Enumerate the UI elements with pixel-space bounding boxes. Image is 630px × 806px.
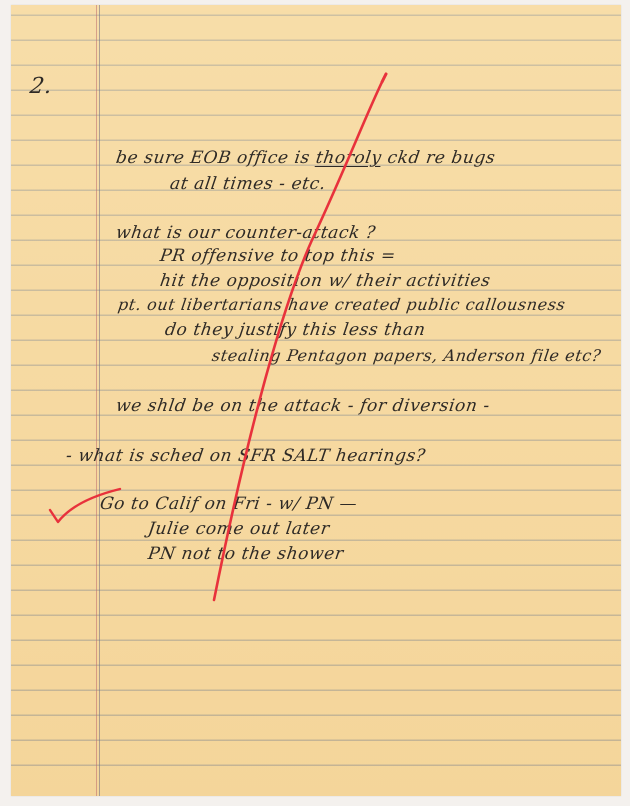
- note-line-9: we shld be on the attack - for diversion…: [115, 398, 491, 415]
- note-line-4: PR offensive to top this =: [159, 248, 397, 265]
- note-line-3: what is our counter-attack ?: [115, 225, 377, 242]
- underlined-word: thoroly: [315, 148, 383, 168]
- page-number: 2.: [28, 76, 53, 98]
- note-line-10: - what is sched on SFR SALT hearings?: [65, 448, 427, 465]
- note-line-7: do they justify this less than: [164, 322, 427, 339]
- note-line-5: hit the opposition w/ their activities: [159, 273, 492, 290]
- note-line-13: PN not to the shower: [147, 546, 345, 563]
- note-text: ckd re bugs: [380, 148, 497, 168]
- note-text: be sure EOB office is: [115, 148, 318, 168]
- note-line-6: pt. out libertarians have created public…: [117, 297, 567, 313]
- note-line-2: at all times - etc.: [169, 176, 327, 193]
- margin-line-red: [96, 5, 97, 796]
- note-line-11: Go to Calif on Fri - w/ PN —: [99, 496, 358, 513]
- note-line-1: be sure EOB office is thoroly ckd re bug…: [115, 150, 497, 167]
- note-line-12: Julie come out later: [147, 521, 331, 538]
- margin-line-blue: [99, 5, 100, 796]
- note-line-8: stealing Pentagon papers, Anderson file …: [211, 348, 602, 364]
